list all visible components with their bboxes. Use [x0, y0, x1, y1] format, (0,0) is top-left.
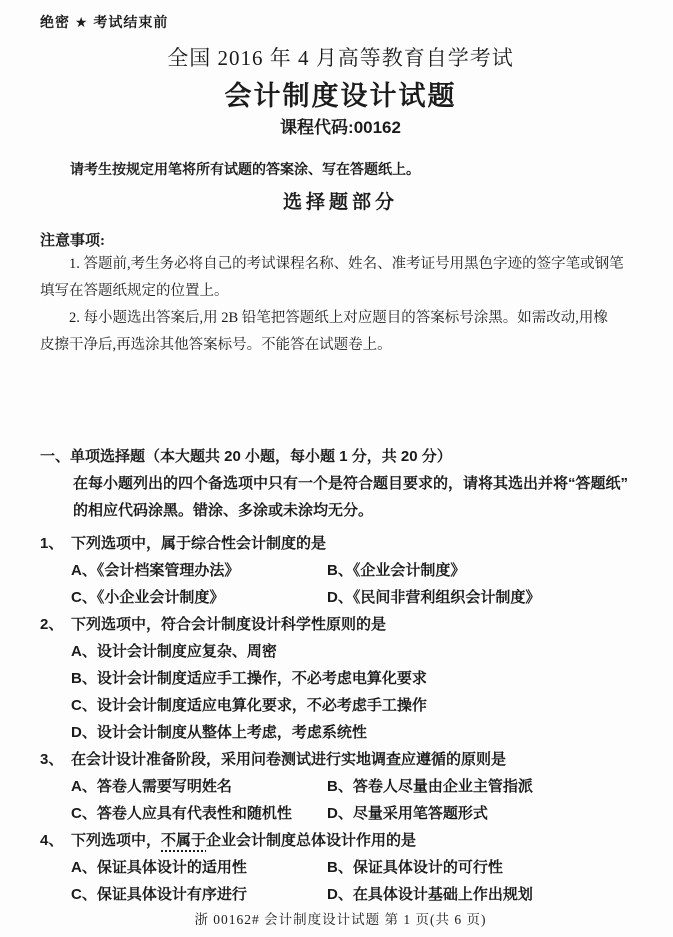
exam-title: 会计制度设计试题 — [40, 79, 641, 113]
question-3-option-c: C、答卷人应具有代表性和随机性 — [71, 800, 327, 827]
section-heading: 一、单项选择题（本大题共 20 小题，每小题 1 分，共 20 分） — [40, 443, 641, 470]
notice-item-2: 2. 每小题选出答案后,用 2B 铅笔把答题纸上对应题目的答案标号涂黑。如需改动… — [40, 305, 641, 359]
question-4-stem-emphasis: 不属于 — [161, 832, 206, 849]
question-2-option-c: C、设计会计制度适应电算化要求，不必考虑手工操作 — [71, 692, 641, 719]
question-3-number: 3、 — [40, 746, 71, 773]
question-2-option-d: D、设计会计制度从整体上考虑，考虑系统性 — [71, 719, 641, 746]
question-4-option-d: D、在具体设计基础上作出规划 — [327, 881, 641, 908]
notice-item-1: 1. 答题前,考生务必将自己的考试课程名称、姓名、准考证号用黑色字迹的签字笔或钢… — [40, 251, 641, 305]
notice-1-line-1: 1. 答题前,考生务必将自己的考试课程名称、姓名、准考证号用黑色字迹的签字笔或钢… — [40, 251, 641, 278]
section-single-choice: 一、单项选择题（本大题共 20 小题，每小题 1 分，共 20 分） 在每小题列… — [40, 443, 641, 524]
question-4-stem-suffix: 企业会计制度总体设计作用的是 — [206, 832, 416, 849]
part-title: 选择题部分 — [40, 190, 641, 215]
notice-2-line-2: 皮擦干净后,再选涂其他答案标号。不能答在试题卷上。 — [40, 332, 641, 359]
question-4-number: 4、 — [40, 827, 71, 854]
course-code: 课程代码:00162 — [40, 117, 641, 139]
question-2: 2、 下列选项中，符合会计制度设计科学性原则的是 A、设计会计制度应复杂、周密 … — [40, 611, 641, 746]
security-notice: 绝密 ★ 考试结束前 — [40, 14, 641, 31]
question-4: 4、 下列选项中，不属于企业会计制度总体设计作用的是 A、保证具体设计的适用性 … — [40, 827, 641, 908]
question-4-option-b: B、保证具体设计的可行性 — [327, 854, 641, 881]
question-1-stem: 下列选项中，属于综合性会计制度的是 — [71, 530, 641, 557]
section-instruction-line-2: 的相应代码涂黑。错涂、多涂或未涂均无分。 — [73, 497, 641, 524]
exam-paper-page: 绝密 ★ 考试结束前 全国 2016 年 4 月高等教育自学考试 会计制度设计试… — [0, 0, 673, 937]
question-4-stem-prefix: 下列选项中， — [71, 832, 161, 849]
section-instruction-line-1: 在每小题列出的四个备选项中只有一个是符合题目要求的，请将其选出并将“答题纸” — [73, 470, 641, 497]
question-3-option-a: A、答卷人需要写明姓名 — [71, 773, 327, 800]
page-footer: 浙 00162# 会计制度设计试题 第 1 页(共 6 页) — [40, 911, 641, 929]
question-4-stem: 下列选项中，不属于企业会计制度总体设计作用的是 — [71, 827, 641, 854]
question-3-option-b: B、答卷人尽量由企业主管指派 — [327, 773, 641, 800]
question-3-stem: 在会计设计准备阶段，采用问卷测试进行实地调查应遵循的原则是 — [71, 746, 641, 773]
question-4-option-c: C、保证具体设计有序进行 — [71, 881, 327, 908]
notice-1-line-2: 填写在答题纸规定的位置上。 — [40, 278, 641, 305]
question-4-option-a: A、保证具体设计的适用性 — [71, 854, 327, 881]
question-1-option-b: B、《企业会计制度》 — [327, 557, 641, 584]
exam-session-title: 全国 2016 年 4 月高等教育自学考试 — [40, 45, 641, 72]
notice-2-line-1: 2. 每小题选出答案后,用 2B 铅笔把答题纸上对应题目的答案标号涂黑。如需改动… — [40, 305, 641, 332]
question-1-option-c: C、《小企业会计制度》 — [71, 584, 327, 611]
question-3: 3、 在会计设计准备阶段，采用问卷测试进行实地调查应遵循的原则是 A、答卷人需要… — [40, 746, 641, 827]
question-2-number: 2、 — [40, 611, 71, 638]
question-3-option-d: D、尽量采用笔答题形式 — [327, 800, 641, 827]
question-1: 1、 下列选项中，属于综合性会计制度的是 A、《会计档案管理办法》 B、《企业会… — [40, 530, 641, 611]
notices-title: 注意事项: — [40, 231, 641, 251]
question-2-option-b: B、设计会计制度适应手工操作，不必考虑电算化要求 — [71, 665, 641, 692]
question-2-option-a: A、设计会计制度应复杂、周密 — [71, 638, 641, 665]
question-1-number: 1、 — [40, 530, 71, 557]
question-1-option-a: A、《会计档案管理办法》 — [71, 557, 327, 584]
question-2-stem: 下列选项中，符合会计制度设计科学性原则的是 — [71, 611, 641, 638]
question-1-option-d: D、《民间非营利组织会计制度》 — [327, 584, 641, 611]
general-instruction: 请考生按规定用笔将所有试题的答案涂、写在答题纸上。 — [40, 159, 641, 179]
